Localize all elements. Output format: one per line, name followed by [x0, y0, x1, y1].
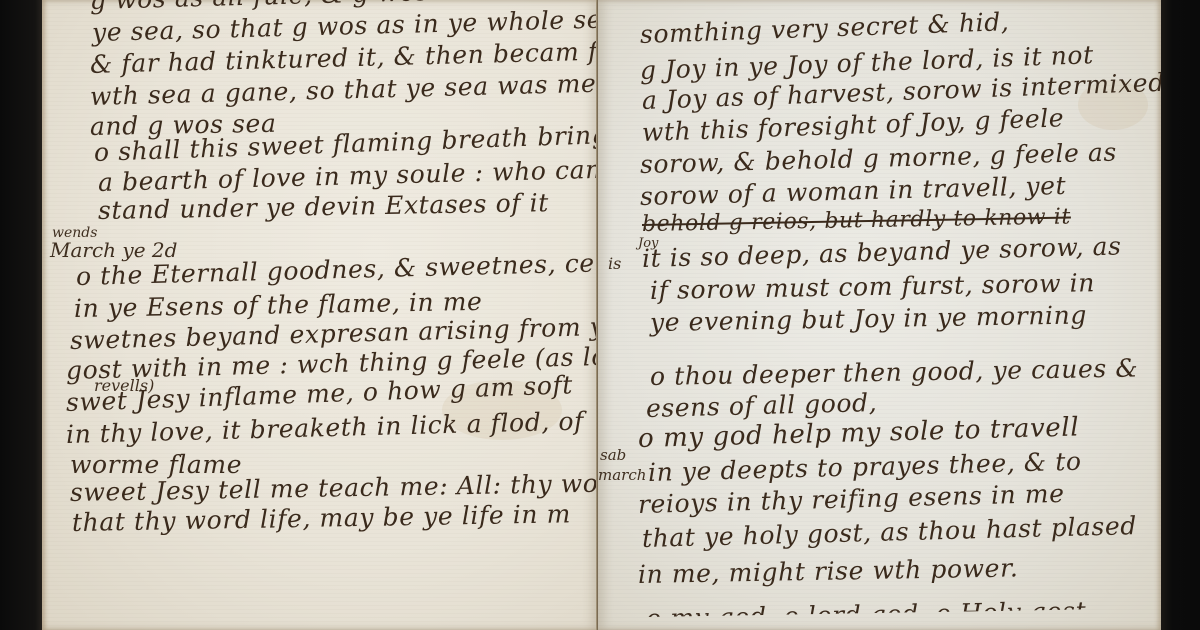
right-line-17: in me, might rise wth power. — [638, 553, 1019, 589]
margin-note-date: March ye 2d — [50, 238, 177, 262]
right-line-11: o thou deeper then good, ye caues & — [650, 353, 1139, 391]
manuscript-photo: g wos as all fule, & g wos melted into y… — [0, 0, 1200, 630]
margin-note-is: is — [608, 254, 621, 273]
right-line-7-struck: behold g reios, but hardly to know it — [642, 205, 1071, 237]
book-edge-right — [1160, 0, 1200, 630]
right-line-18: o my god, o lord god, o Holy gost — [646, 596, 1087, 630]
margin-note-sabbath: sab — [600, 446, 626, 464]
right-line-16: that ye holy gost, as thou hast plased — [642, 511, 1138, 553]
right-line-9: if sorow must com furst, sorow in — [650, 268, 1095, 305]
margin-note-sabbath-date: march — [598, 466, 646, 484]
book-edge-left — [0, 0, 44, 630]
left-page: g wos as all fule, & g wos melted into y… — [42, 0, 598, 630]
right-page: somthing very secret & hid, g Joy in ye … — [598, 0, 1161, 630]
right-line-8: it is so deep, as beyand ye sorow, as — [642, 231, 1122, 273]
right-line-10: ye evening but Joy in ye morning — [650, 300, 1087, 337]
right-line-1: somthing very secret & hid, — [639, 7, 1009, 49]
